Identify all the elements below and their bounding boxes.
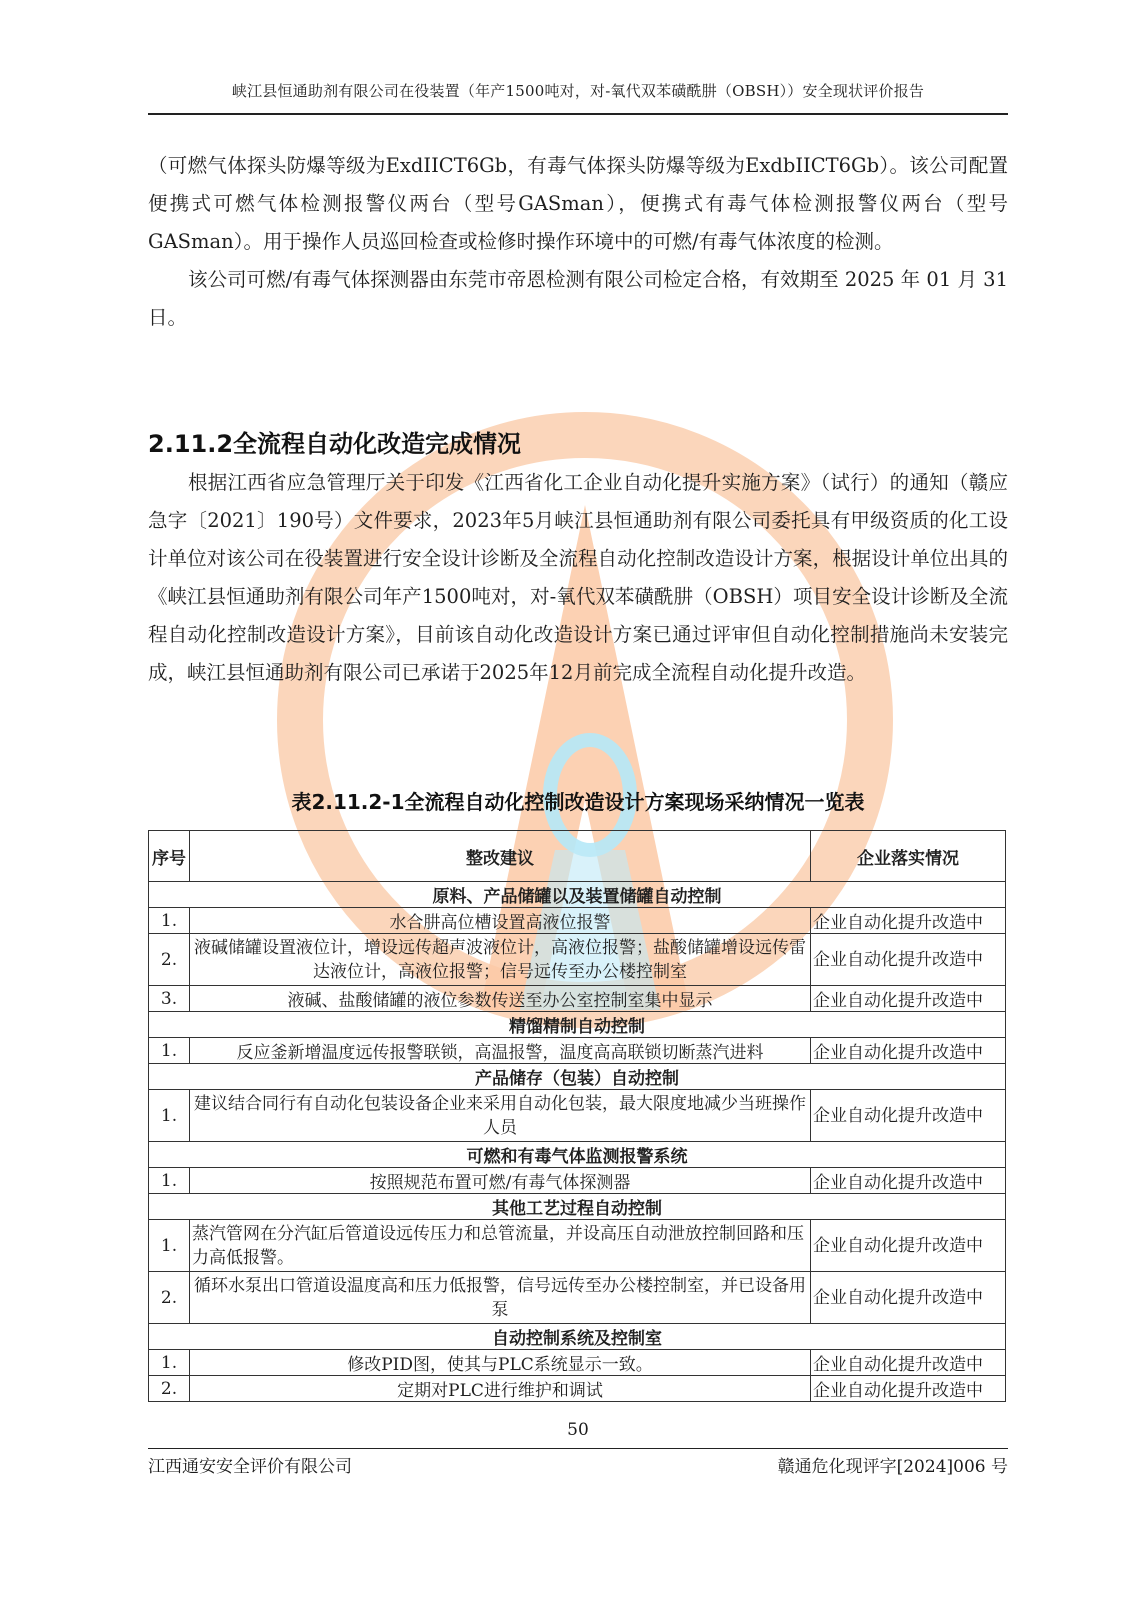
section-title: 原料、产品储罐以及装置储罐自动控制	[149, 882, 1006, 908]
row-status: 企业自动化提升改造中	[811, 1220, 1006, 1272]
row-no: 1.	[149, 1220, 190, 1272]
row-suggestion: 按照规范布置可燃/有毒气体探测器	[190, 1168, 811, 1194]
running-header: 峡江县恒通助剂有限公司在役装置（年产1500吨对，对-氧代双苯磺酰肼（OBSH）…	[148, 80, 1008, 101]
automation-table: 序号 整改建议 企业落实情况 原料、产品储罐以及装置储罐自动控制 1. 水合肼高…	[148, 830, 1006, 1402]
section-title: 可燃和有毒气体监测报警系统	[149, 1142, 1006, 1168]
row-status: 企业自动化提升改造中	[811, 1350, 1006, 1376]
table-row: 2. 循环水泵出口管道设温度高和压力低报警，信号远传至办公楼控制室，并已设备用泵…	[149, 1272, 1006, 1324]
table-section-row: 可燃和有毒气体监测报警系统	[149, 1142, 1006, 1168]
row-status: 企业自动化提升改造中	[811, 1272, 1006, 1324]
section-title: 精馏精制自动控制	[149, 1012, 1006, 1038]
row-no: 3.	[149, 986, 190, 1012]
paragraph-calibration: 该公司可燃/有毒气体探测器由东莞市帝恩检测有限公司检定合格，有效期至 2025 …	[148, 261, 1008, 337]
paragraph-gas-detectors: （可燃气体探头防爆等级为ExdIICT6Gb，有毒气体探头防爆等级为ExdbII…	[148, 147, 1008, 261]
row-no: 2.	[149, 934, 190, 986]
row-suggestion: 液碱、盐酸储罐的液位参数传送至办公室控制室集中显示	[190, 986, 811, 1012]
header-no: 序号	[149, 831, 190, 882]
row-status: 企业自动化提升改造中	[811, 1376, 1006, 1402]
row-suggestion: 蒸汽管网在分汽缸后管道设远传压力和总管流量，并设高压自动泄放控制回路和压力高低报…	[190, 1220, 811, 1272]
section-title: 产品储存（包装）自动控制	[149, 1064, 1006, 1090]
table-section-row: 原料、产品储罐以及装置储罐自动控制	[149, 882, 1006, 908]
body-text-block: （可燃气体探头防爆等级为ExdIICT6Gb，有毒气体探头防爆等级为ExdbII…	[148, 147, 1008, 337]
paragraph-automation: 根据江西省应急管理厅关于印发《江西省化工企业自动化提升实施方案》（试行）的通知（…	[148, 464, 1008, 692]
row-no: 2.	[149, 1376, 190, 1402]
row-no: 1.	[149, 908, 190, 934]
row-suggestion: 建议结合同行有自动化包装设备企业来采用自动化包装，最大限度地减少当班操作人员	[190, 1090, 811, 1142]
table-row: 1. 反应釜新增温度远传报警联锁，高温报警，温度高高联锁切断蒸汽进料 企业自动化…	[149, 1038, 1006, 1064]
table-section-row: 其他工艺过程自动控制	[149, 1194, 1006, 1220]
table-row: 1. 修改PID图，使其与PLC系统显示一致。 企业自动化提升改造中	[149, 1350, 1006, 1376]
row-suggestion: 水合肼高位槽设置高液位报警	[190, 908, 811, 934]
table-header-row: 序号 整改建议 企业落实情况	[149, 831, 1006, 882]
row-status: 企业自动化提升改造中	[811, 986, 1006, 1012]
row-status: 企业自动化提升改造中	[811, 1168, 1006, 1194]
section-heading: 2.11.2全流程自动化改造完成情况	[148, 424, 521, 459]
page-number: 50	[148, 1420, 1008, 1440]
table-section-row: 产品储存（包装）自动控制	[149, 1064, 1006, 1090]
row-suggestion: 修改PID图，使其与PLC系统显示一致。	[190, 1350, 811, 1376]
section-title: 自动控制系统及控制室	[149, 1324, 1006, 1350]
row-status: 企业自动化提升改造中	[811, 908, 1006, 934]
row-status: 企业自动化提升改造中	[811, 934, 1006, 986]
table-section-row: 精馏精制自动控制	[149, 1012, 1006, 1038]
row-suggestion: 反应釜新增温度远传报警联锁，高温报警，温度高高联锁切断蒸汽进料	[190, 1038, 811, 1064]
row-suggestion: 定期对PLC进行维护和调试	[190, 1376, 811, 1402]
table-row: 2. 定期对PLC进行维护和调试 企业自动化提升改造中	[149, 1376, 1006, 1402]
section-body: 根据江西省应急管理厅关于印发《江西省化工企业自动化提升实施方案》（试行）的通知（…	[148, 464, 1008, 692]
table-row: 1. 建议结合同行有自动化包装设备企业来采用自动化包装，最大限度地减少当班操作人…	[149, 1090, 1006, 1142]
row-no: 1.	[149, 1038, 190, 1064]
footer-company: 江西通安安全评价有限公司	[148, 1452, 352, 1477]
row-status: 企业自动化提升改造中	[811, 1090, 1006, 1142]
row-status: 企业自动化提升改造中	[811, 1038, 1006, 1064]
row-suggestion: 循环水泵出口管道设温度高和压力低报警，信号远传至办公楼控制室，并已设备用泵	[190, 1272, 811, 1324]
row-suggestion: 液碱储罐设置液位计，增设远传超声波液位计，高液位报警；盐酸储罐增设远传雷达液位计…	[190, 934, 811, 986]
table-caption: 表2.11.2-1全流程自动化控制改造设计方案现场采纳情况一览表	[148, 786, 1008, 815]
section-title: 其他工艺过程自动控制	[149, 1194, 1006, 1220]
row-no: 1.	[149, 1350, 190, 1376]
table-row: 3. 液碱、盐酸储罐的液位参数传送至办公室控制室集中显示 企业自动化提升改造中	[149, 986, 1006, 1012]
table-row: 1. 蒸汽管网在分汽缸后管道设远传压力和总管流量，并设高压自动泄放控制回路和压力…	[149, 1220, 1006, 1272]
header-divider	[148, 113, 1008, 115]
row-no: 1.	[149, 1168, 190, 1194]
table-row: 1. 按照规范布置可燃/有毒气体探测器 企业自动化提升改造中	[149, 1168, 1006, 1194]
row-no: 1.	[149, 1090, 190, 1142]
row-no: 2.	[149, 1272, 190, 1324]
table-row: 2. 液碱储罐设置液位计，增设远传超声波液位计，高液位报警；盐酸储罐增设远传雷达…	[149, 934, 1006, 986]
document-page: 峡江县恒通助剂有限公司在役装置（年产1500吨对，对-氧代双苯磺酰肼（OBSH）…	[0, 0, 1131, 1600]
footer-doc-number: 赣通危化现评字[2024]006 号	[778, 1452, 1008, 1477]
table-row: 1. 水合肼高位槽设置高液位报警 企业自动化提升改造中	[149, 908, 1006, 934]
footer-divider	[148, 1448, 1008, 1449]
table-section-row: 自动控制系统及控制室	[149, 1324, 1006, 1350]
header-suggestion: 整改建议	[190, 831, 811, 882]
header-status: 企业落实情况	[811, 831, 1006, 882]
